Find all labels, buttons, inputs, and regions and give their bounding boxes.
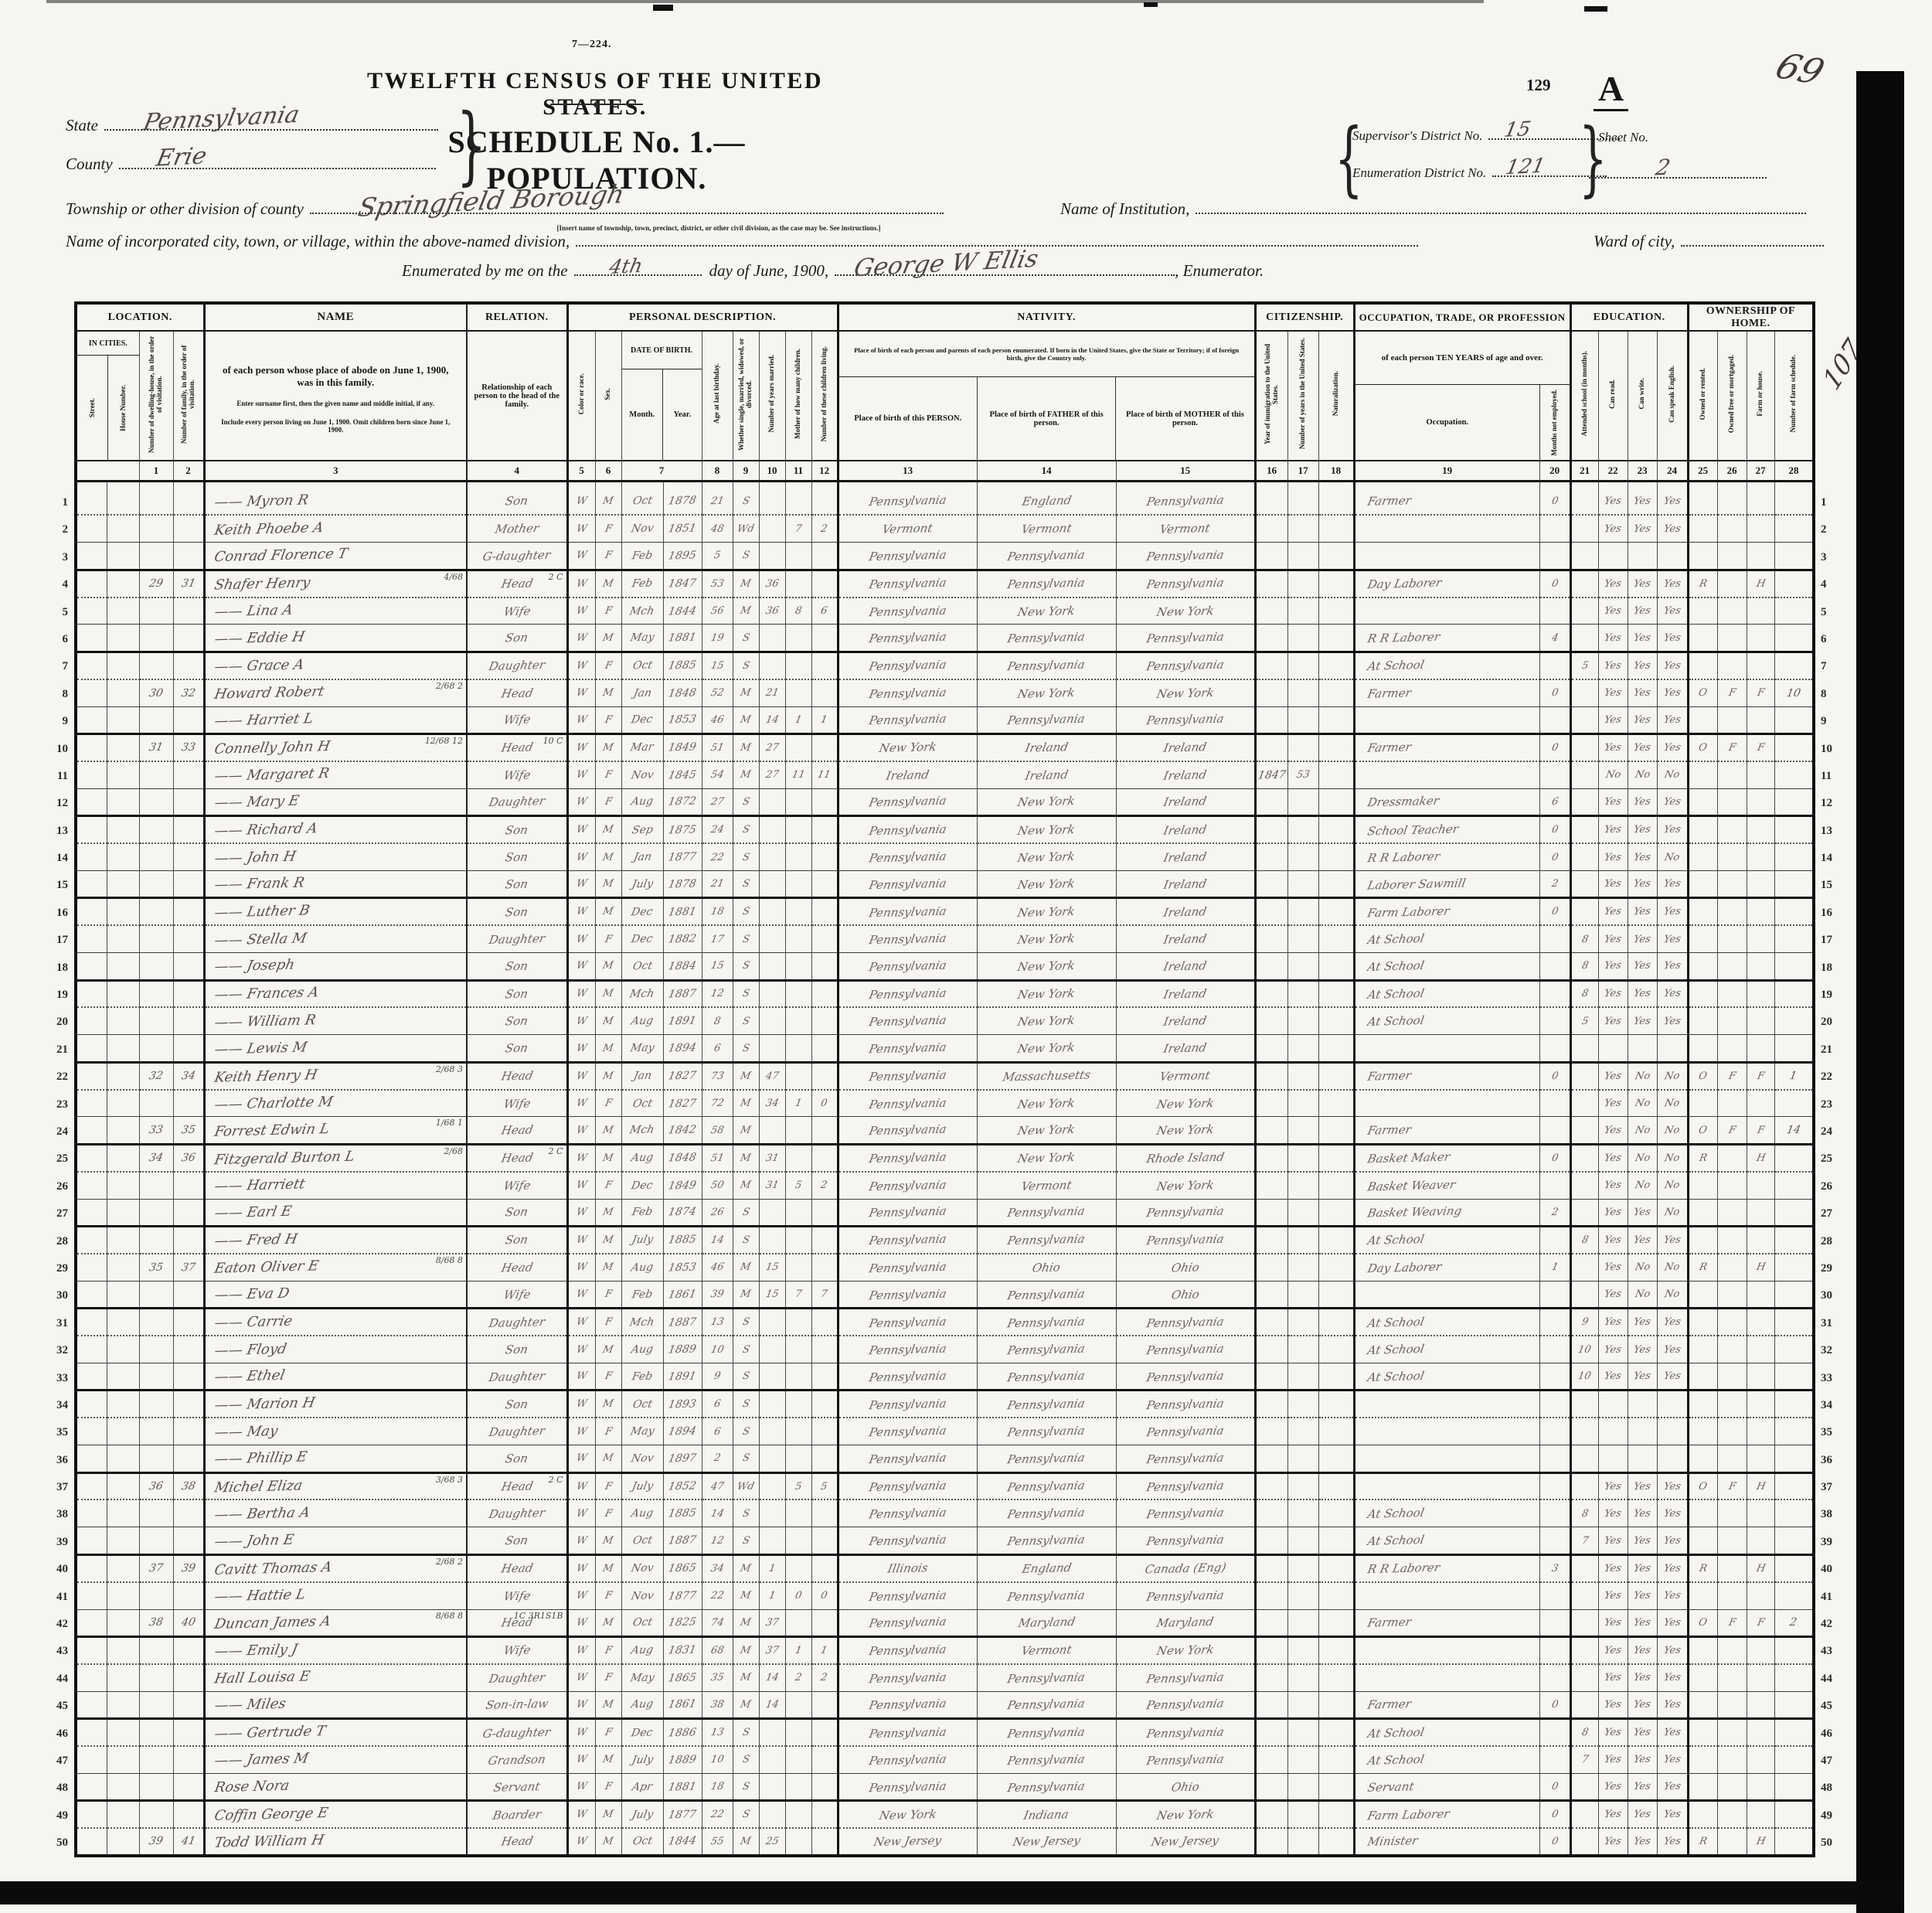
cell-fa <box>173 1636 204 1663</box>
cell-sc <box>1570 1828 1598 1855</box>
cell-mn <box>1539 1472 1570 1499</box>
cell-dw: 31 <box>139 734 173 761</box>
cell-oc: R R Laborer <box>1354 1554 1539 1581</box>
col-num-18: 18 <box>1318 461 1354 481</box>
cell-mn: 0 <box>1539 816 1570 843</box>
cell-yr: 1851 <box>663 515 702 542</box>
table-row: —— Eva DWifeWFFeb186139M1577Pennsylvania… <box>76 1281 1814 1308</box>
cell-mc: 8 <box>785 597 811 625</box>
cell-pf: Ireland <box>977 734 1116 761</box>
cell-fa <box>173 1363 204 1390</box>
row-number: 15 <box>31 872 68 899</box>
cell-ma: S <box>733 625 759 652</box>
cell-sx: M <box>595 1691 621 1718</box>
cell-nm: Connelly John H12/68 12 <box>204 734 467 761</box>
cell-mo: Sep <box>621 816 663 843</box>
cell-pf: New York <box>977 953 1116 980</box>
cell-fa <box>173 1527 204 1554</box>
table-row: —— Emily JWifeWFAug183168M3711Pennsylvan… <box>76 1636 1814 1663</box>
cell-en <box>1657 1418 1688 1445</box>
cell-pb: Pennsylvania <box>838 488 977 515</box>
state-leader: Pennsylvania <box>104 116 438 131</box>
cell-ym: 1 <box>759 1554 785 1581</box>
cell-oc: R R Laborer <box>1354 843 1539 870</box>
cell-co: W <box>567 870 595 897</box>
cell-hm <box>1747 980 1774 1007</box>
cell-ag: 34 <box>702 1554 733 1581</box>
cell-wr: Yes <box>1628 843 1657 870</box>
sub-header-row: IN CITIES. Street. House Number. Number … <box>76 331 1814 461</box>
group-location: LOCATION. <box>76 303 204 331</box>
row-number: 46 <box>1821 1721 1858 1748</box>
cell-oc: At School <box>1354 1336 1539 1363</box>
cell-co: W <box>567 1801 595 1828</box>
cell-co: W <box>567 1664 595 1691</box>
cell-fr <box>1717 816 1747 843</box>
row-number: 13 <box>31 818 68 845</box>
cell-cl: 5 <box>811 1472 838 1499</box>
cell-hm <box>1747 1090 1774 1117</box>
cell-fn <box>1774 925 1814 952</box>
cell-yr: 1886 <box>663 1719 702 1746</box>
cell-st <box>76 898 107 925</box>
cell-co: W <box>567 788 595 815</box>
cell-en: Yes <box>1657 1227 1688 1254</box>
cell-st <box>76 1801 107 1828</box>
cell-st <box>76 488 107 515</box>
cell-na <box>1318 761 1354 788</box>
cell-mo: Feb <box>621 543 663 570</box>
cell-cl: 2 <box>811 515 838 542</box>
cell-pb: Pennsylvania <box>838 1499 977 1527</box>
cell-pm: Pennsylvania <box>1116 1499 1255 1527</box>
cell-mn: 3 <box>1539 1554 1570 1581</box>
cell-yu <box>1287 1554 1318 1581</box>
cell-fa <box>173 843 204 870</box>
cell-en: Yes <box>1657 816 1688 843</box>
cell-fr <box>1717 925 1747 952</box>
cell-im <box>1255 1144 1287 1171</box>
cell-mc <box>785 1227 811 1254</box>
cell-ow <box>1688 1007 1717 1034</box>
cell-fr <box>1717 1199 1747 1226</box>
cell-ym <box>759 1336 785 1363</box>
cell-ym: 14 <box>759 706 785 734</box>
cell-sx: F <box>595 1472 621 1499</box>
cell-ma: S <box>733 1746 759 1773</box>
cell-sc <box>1570 1117 1598 1144</box>
cell-oc <box>1354 543 1539 570</box>
cell-rd: Yes <box>1598 1828 1628 1855</box>
cell-im <box>1255 1336 1287 1363</box>
cell-yr: 1894 <box>663 1035 702 1062</box>
cell-ag: 18 <box>702 1773 733 1800</box>
cell-dw <box>139 1801 173 1828</box>
cell-sc <box>1570 1035 1598 1062</box>
row-number: 42 <box>31 1611 68 1638</box>
cell-wr: Yes <box>1628 1773 1657 1800</box>
cell-mn: 0 <box>1539 1773 1570 1800</box>
row-number: 9 <box>31 708 68 735</box>
enumeration-label: Enumeration District No. <box>1352 165 1486 181</box>
supervisor-value: 15 <box>1502 117 1532 142</box>
cell-ym <box>759 1527 785 1554</box>
cell-mc: 1 <box>785 1636 811 1663</box>
cell-ag: 46 <box>702 1254 733 1281</box>
table-row: —— Bertha ADaughterWFAug188514SPennsylva… <box>76 1499 1814 1527</box>
cell-fn <box>1774 734 1814 761</box>
cell-fr <box>1717 706 1747 734</box>
cell-yu <box>1287 652 1318 679</box>
cell-sc <box>1570 1582 1598 1609</box>
cell-hm <box>1747 1801 1774 1828</box>
cell-rd: Yes <box>1598 1309 1628 1336</box>
cell-co: W <box>567 570 595 597</box>
cell-cl: 1 <box>811 1636 838 1663</box>
cell-cl <box>811 1227 838 1254</box>
can-read-header: Can read. <box>1598 331 1628 461</box>
cell-pm: Ohio <box>1116 1254 1255 1281</box>
table-row: —— Grace ADaughterWFOct188515SPennsylvan… <box>76 652 1814 679</box>
cell-pf: Pennsylvania <box>977 1691 1116 1718</box>
cell-im <box>1255 1691 1287 1718</box>
row-number: 39 <box>1821 1529 1858 1556</box>
row-number: 44 <box>31 1666 68 1693</box>
cell-pm: Ireland <box>1116 980 1255 1007</box>
cell-fa: 41 <box>173 1828 204 1855</box>
cell-fn <box>1774 481 1814 488</box>
house-number-label: House Number. <box>120 385 128 431</box>
cell-mc <box>785 1554 811 1581</box>
cell-pb: Pennsylvania <box>838 1281 977 1308</box>
in-cities-header: IN CITIES. Street. House Number. <box>76 331 139 461</box>
cell-rd: Yes <box>1598 1691 1628 1718</box>
cell-ho <box>107 1227 139 1254</box>
cell-fn <box>1774 1664 1814 1691</box>
cell-dw <box>139 980 173 1007</box>
cell-cl <box>811 980 838 1007</box>
cell-fr <box>1717 652 1747 679</box>
cell-ym: 14 <box>759 1691 785 1718</box>
cell-oc: Farmer <box>1354 1691 1539 1718</box>
cell-pm: Pennsylvania <box>1116 570 1255 597</box>
table-row: —— JosephSonWMOct188415SPennsylvaniaNew … <box>76 953 1814 980</box>
row-number: 16 <box>31 900 68 927</box>
cell-im <box>1255 1828 1287 1855</box>
cell-yr: 1844 <box>663 1828 702 1855</box>
cell-yr: 1891 <box>663 1007 702 1034</box>
cell-dw <box>139 1636 173 1663</box>
cell-hm <box>1747 816 1774 843</box>
cell-fr <box>1717 1007 1747 1034</box>
years-in-us-header: Number of years in the United States. <box>1287 331 1318 461</box>
cell-ma: S <box>733 1363 759 1390</box>
cell-ym <box>759 1035 785 1062</box>
row-number: 10 <box>1821 736 1858 763</box>
cell-ow <box>1688 1664 1717 1691</box>
cell-pm: Ohio <box>1116 1773 1255 1800</box>
cell-im <box>1255 515 1287 542</box>
cell-dw: 38 <box>139 1609 173 1636</box>
cell-ma: S <box>733 870 759 897</box>
cell-wr: Yes <box>1628 1691 1657 1718</box>
cell-oc: At School <box>1354 980 1539 1007</box>
cell-ag: 2 <box>702 1445 733 1472</box>
cell-mn <box>1539 925 1570 952</box>
cell-pb: Pennsylvania <box>838 1035 977 1062</box>
owned-free-header: Owned free or mortgaged. <box>1717 331 1747 461</box>
relation-note: 2 C <box>549 1146 563 1156</box>
cell-fa <box>173 625 204 652</box>
cell-mo: July <box>621 1801 663 1828</box>
cell-sc: 5 <box>1570 1007 1598 1034</box>
cell-fn <box>1774 761 1814 788</box>
cell-mo: Aug <box>621 788 663 815</box>
cell-pm: Pennsylvania <box>1116 652 1255 679</box>
cell-nm: Keith Phoebe A <box>204 515 467 542</box>
cell-dw <box>139 843 173 870</box>
table-row: —— CarrieDaughterWFMch188713SPennsylvani… <box>76 1309 1814 1336</box>
cell-yu <box>1287 481 1318 488</box>
cell-dw <box>139 515 173 542</box>
cell-ow <box>1688 1746 1717 1773</box>
cell-im <box>1255 1582 1287 1609</box>
row-number: 17 <box>31 927 68 954</box>
table-row: 3335Forrest Edwin L1/68 1HeadWMMch184258… <box>76 1117 1814 1144</box>
cell-fn <box>1774 1336 1814 1363</box>
cell-mn <box>1539 1499 1570 1527</box>
cell-ow <box>1688 1199 1717 1226</box>
cell-co: W <box>567 488 595 515</box>
cell-mo: May <box>621 625 663 652</box>
cell-sx: F <box>595 761 621 788</box>
cell-ym: 25 <box>759 1828 785 1855</box>
cell-pm: Pennsylvania <box>1116 488 1255 515</box>
cell-en: No <box>1657 1199 1688 1226</box>
cell-ho <box>107 1746 139 1773</box>
cell-re: Son <box>467 953 567 980</box>
cell-sx: F <box>595 1281 621 1308</box>
row-number: 27 <box>31 1200 68 1227</box>
row-number: 50 <box>31 1830 68 1857</box>
cell-re: Son <box>467 1390 567 1418</box>
state-label: State <box>66 116 98 135</box>
cell-fr <box>1717 1254 1747 1281</box>
cell-st <box>76 1062 107 1089</box>
cell-ym: 31 <box>759 1172 785 1199</box>
row-number: 12 <box>1821 790 1858 817</box>
cell-sx <box>595 481 621 488</box>
cell-mo: Dec <box>621 706 663 734</box>
cell-ma: S <box>733 1719 759 1746</box>
cell-wr: Yes <box>1628 734 1657 761</box>
cell-wr: No <box>1628 1062 1657 1089</box>
cell-yu <box>1287 1499 1318 1527</box>
cell-re: Daughter <box>467 1309 567 1336</box>
cell-im <box>1255 1664 1287 1691</box>
cell-ho <box>107 1117 139 1144</box>
cell-re: Son <box>467 898 567 925</box>
cell-nm: —— Eddie H <box>204 625 467 652</box>
cell-re: Son <box>467 870 567 897</box>
cell-cl <box>811 898 838 925</box>
cell-fa <box>173 1199 204 1226</box>
cell-sx: M <box>595 980 621 1007</box>
cell-fa <box>173 1227 204 1254</box>
cell-pf: New York <box>977 980 1116 1007</box>
cell-st <box>76 597 107 625</box>
cell-ho <box>107 1719 139 1746</box>
cell-st <box>76 1281 107 1308</box>
cell-ho <box>107 1254 139 1281</box>
cell-ow <box>1688 1172 1717 1199</box>
cell-re: G-daughter <box>467 1719 567 1746</box>
cell-yr: 1844 <box>663 597 702 625</box>
cell-fr <box>1717 1090 1747 1117</box>
cell-ym: 21 <box>759 679 785 706</box>
cell-sx: F <box>595 1172 621 1199</box>
cell-mo: Dec <box>621 898 663 925</box>
cell-mn: 0 <box>1539 570 1570 597</box>
cell-pf: Pennsylvania <box>977 1199 1116 1226</box>
cell-pm: Vermont <box>1116 515 1255 542</box>
cell-sx: F <box>595 1636 621 1663</box>
cell-hm <box>1747 597 1774 625</box>
table-row: —— MayDaughterWFMay18946SPennsylvaniaPen… <box>76 1418 1814 1445</box>
cell-mn <box>1539 1007 1570 1034</box>
cell-re: Head2 C <box>467 1472 567 1499</box>
row-number: 19 <box>31 982 68 1009</box>
cell-en: Yes <box>1657 1472 1688 1499</box>
cell-dw <box>139 1499 173 1527</box>
cell-pb: Pennsylvania <box>838 706 977 734</box>
cell-fr: F <box>1717 1062 1747 1089</box>
cell-na <box>1318 1007 1354 1034</box>
cell-ma: M <box>733 706 759 734</box>
cell-ho <box>107 543 139 570</box>
row-number: 28 <box>1821 1228 1858 1255</box>
cell-re: Mother <box>467 515 567 542</box>
cell-sx: F <box>595 1664 621 1691</box>
cell-fa <box>173 1582 204 1609</box>
cell-im <box>1255 1719 1287 1746</box>
cell-ag: 26 <box>702 1199 733 1226</box>
cell-yu <box>1287 1117 1318 1144</box>
cell-st <box>76 1090 107 1117</box>
cell-dw: 37 <box>139 1554 173 1581</box>
cell-fr <box>1717 597 1747 625</box>
cell-wr: Yes <box>1628 1828 1657 1855</box>
cell-ma: S <box>733 980 759 1007</box>
cell-dw <box>139 1309 173 1336</box>
cell-ag: 10 <box>702 1336 733 1363</box>
cell-yr: 1889 <box>663 1336 702 1363</box>
table-row: —— Earl ESonWMFeb187426SPennsylvaniaPenn… <box>76 1199 1814 1226</box>
cell-pm: Maryland <box>1116 1609 1255 1636</box>
cell-mc <box>785 488 811 515</box>
cell-re: Servant <box>467 1773 567 1800</box>
cell-st <box>76 843 107 870</box>
cell-fr <box>1717 1527 1747 1554</box>
cell-hm: F <box>1747 1117 1774 1144</box>
enumerated-post: , Enumerator. <box>1175 261 1264 281</box>
cell-pf: Pennsylvania <box>977 706 1116 734</box>
cell-pf: Pennsylvania <box>977 1746 1116 1773</box>
cell-dw <box>139 898 173 925</box>
cell-yr: 1874 <box>663 1199 702 1226</box>
cell-yr: 1847 <box>663 570 702 597</box>
cell-en: Yes <box>1657 1007 1688 1034</box>
cell-im <box>1255 925 1287 952</box>
cell-oc: Farmer <box>1354 488 1539 515</box>
cell-ma <box>733 481 759 488</box>
cell-fr <box>1717 953 1747 980</box>
cell-pm: Pennsylvania <box>1116 1227 1255 1254</box>
cell-cl <box>811 570 838 597</box>
cell-yr: 1865 <box>663 1664 702 1691</box>
cell-fn <box>1774 1554 1814 1581</box>
cell-ma: S <box>733 488 759 515</box>
cell-pb: Vermont <box>838 515 977 542</box>
cell-mn: 6 <box>1539 788 1570 815</box>
cell-ma: M <box>733 1144 759 1171</box>
cell-ym <box>759 543 785 570</box>
cell-en: No <box>1657 1117 1688 1144</box>
cell-wr: Yes <box>1628 1336 1657 1363</box>
table-row: 3840Duncan James A8/68 8Head1C 3R1S1BWMO… <box>76 1609 1814 1636</box>
cell-rd <box>1598 1418 1628 1445</box>
cell-fn <box>1774 1363 1814 1390</box>
row-number: 1 <box>1821 489 1858 516</box>
cell-pm: Ireland <box>1116 734 1255 761</box>
cell-wr: Yes <box>1628 816 1657 843</box>
cell-ym: 36 <box>759 570 785 597</box>
col-num-10: 10 <box>759 461 785 481</box>
cell-sc <box>1570 1691 1598 1718</box>
cell-yr: 1893 <box>663 1390 702 1418</box>
cell-im <box>1255 1309 1287 1336</box>
cell-mn <box>1539 1719 1570 1746</box>
cell-ow <box>1688 488 1717 515</box>
cell-pm: Ireland <box>1116 953 1255 980</box>
cell-na <box>1318 1773 1354 1800</box>
cell-hm: H <box>1747 570 1774 597</box>
cell-ma: S <box>733 1007 759 1034</box>
cell-wr: No <box>1628 761 1657 788</box>
cell-ow <box>1688 1035 1717 1062</box>
cell-st <box>76 1254 107 1281</box>
table-row: 2931Shafer Henry4/68Head2 CWMFeb184753M3… <box>76 570 1814 597</box>
cell-sx: M <box>595 734 621 761</box>
cell-nm: Hall Louisa E <box>204 1664 467 1691</box>
cell-mc <box>785 925 811 952</box>
cell-ym <box>759 1390 785 1418</box>
table-row: 3436Fitzgerald Burton L2/68Head2 CWMAug1… <box>76 1144 1814 1171</box>
cell-st <box>76 1035 107 1062</box>
cell-na <box>1318 980 1354 1007</box>
cell-fa <box>173 488 204 515</box>
row-number: 34 <box>1821 1392 1858 1419</box>
cell-ho <box>107 570 139 597</box>
cell-fa <box>173 1090 204 1117</box>
cell-yr: 1865 <box>663 1554 702 1581</box>
cell-yu <box>1287 1719 1318 1746</box>
cell-ma: S <box>733 953 759 980</box>
cell-im <box>1255 1418 1287 1445</box>
nativity-header-block: Place of birth of each person and parent… <box>838 331 1255 461</box>
cell-pf: Pennsylvania <box>977 1418 1116 1445</box>
cell-ag: 5 <box>702 543 733 570</box>
